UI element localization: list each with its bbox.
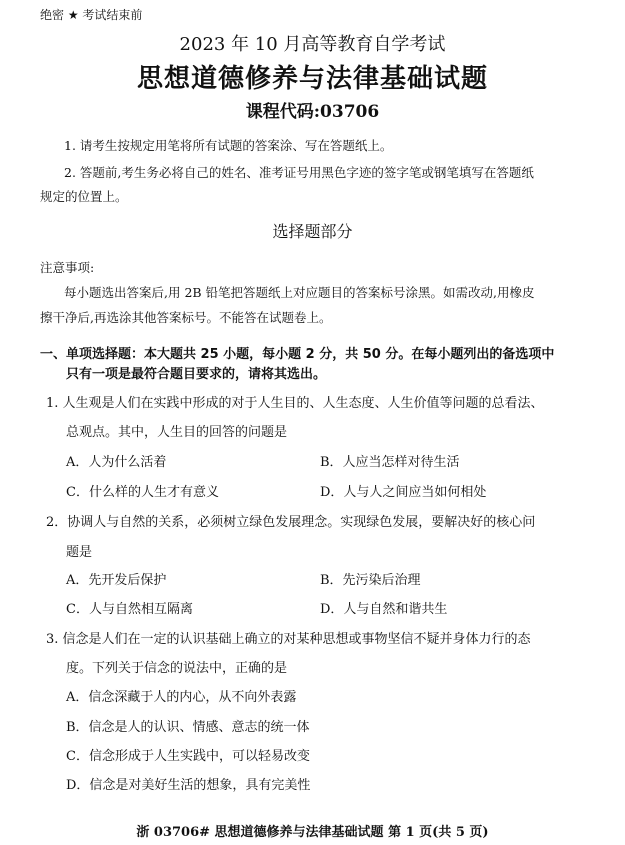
question-1-option-b: B．人应当怎样对待生活 [320, 451, 460, 470]
question-3-stem-cont: 度。下列关于信念的说法中，正确的是 [66, 657, 287, 676]
notes-label: 注意事项: [40, 258, 94, 276]
notes-line-1: 每小题选出答案后,用 2B 铅笔把答题纸上对应题目的答案标号涂黑。如需改动,用橡… [64, 283, 535, 301]
instruction-2-cont: 规定的位置上。 [40, 187, 128, 205]
question-1-option-c: C．什么样的人生才有意义 [66, 481, 219, 500]
course-code: 课程代码:03706 [0, 97, 625, 122]
question-2-stem-cont: 题是 [66, 541, 92, 560]
question-3-option-b: B．信念是人的认识、情感、意志的统一体 [66, 716, 310, 735]
question-3-option-c: C．信念形成于人生实践中，可以轻易改变 [66, 745, 310, 764]
question-3-option-a: A．信念深藏于人的内心，从不向外表露 [66, 686, 296, 705]
confidential-label: 绝密 ★ 考试结束前 [40, 6, 142, 23]
question-2-option-a: A．先开发后保护 [66, 569, 166, 588]
question-1-option-d: D．人与人之间应当如何相处 [320, 481, 486, 500]
question-2-option-d: D．人与自然和谐共生 [320, 598, 447, 617]
notes-line-2: 擦干净后,再选涂其他答案标号。不能答在试题卷上。 [40, 308, 331, 326]
question-3-option-d: D．信念是对美好生活的想象，具有完美性 [66, 774, 310, 793]
question-1-stem-cont: 总观点。其中，人生目的回答的问题是 [66, 421, 287, 440]
question-2-stem: 2．协调人与自然的关系，必须树立绿色发展理念。实现绿色发展，要解决好的核心问 [46, 511, 535, 530]
part-one-heading: 一、单项选择题：本大题共 25 小题，每小题 2 分，共 50 分。在每小题列出… [40, 343, 554, 362]
question-3-stem: 3. 信念是人们在一定的认识基础上确立的对某种思想或事物坚信不疑并身体力行的态 [46, 628, 531, 647]
paper-title: 思想道德修养与法律基础试题 [0, 58, 625, 95]
instruction-2: 2. 答题前,考生务必将自己的姓名、准考证号用黑色字迹的签字笔或钢笔填写在答题纸 [64, 163, 534, 181]
question-1-stem: 1. 人生观是人们在实践中形成的对于人生目的、人生态度、人生价值等问题的总看法、 [46, 392, 544, 411]
part-one-heading-cont: 只有一项是最符合题目要求的，请将其选出。 [66, 363, 326, 382]
question-2-option-b: B．先污染后治理 [320, 569, 421, 588]
question-1-option-a: A．人为什么活着 [66, 451, 166, 470]
page-footer: 浙 03706# 思想道德修养与法律基础试题 第 1 页(共 5 页) [0, 821, 625, 840]
instruction-1: 1. 请考生按规定用笔将所有试题的答案涂、写在答题纸上。 [64, 136, 392, 154]
question-2-option-c: C．人与自然相互隔离 [66, 598, 193, 617]
exam-name: 2023 年 10 月高等教育自学考试 [0, 30, 625, 56]
section-title: 选择题部分 [0, 219, 625, 242]
